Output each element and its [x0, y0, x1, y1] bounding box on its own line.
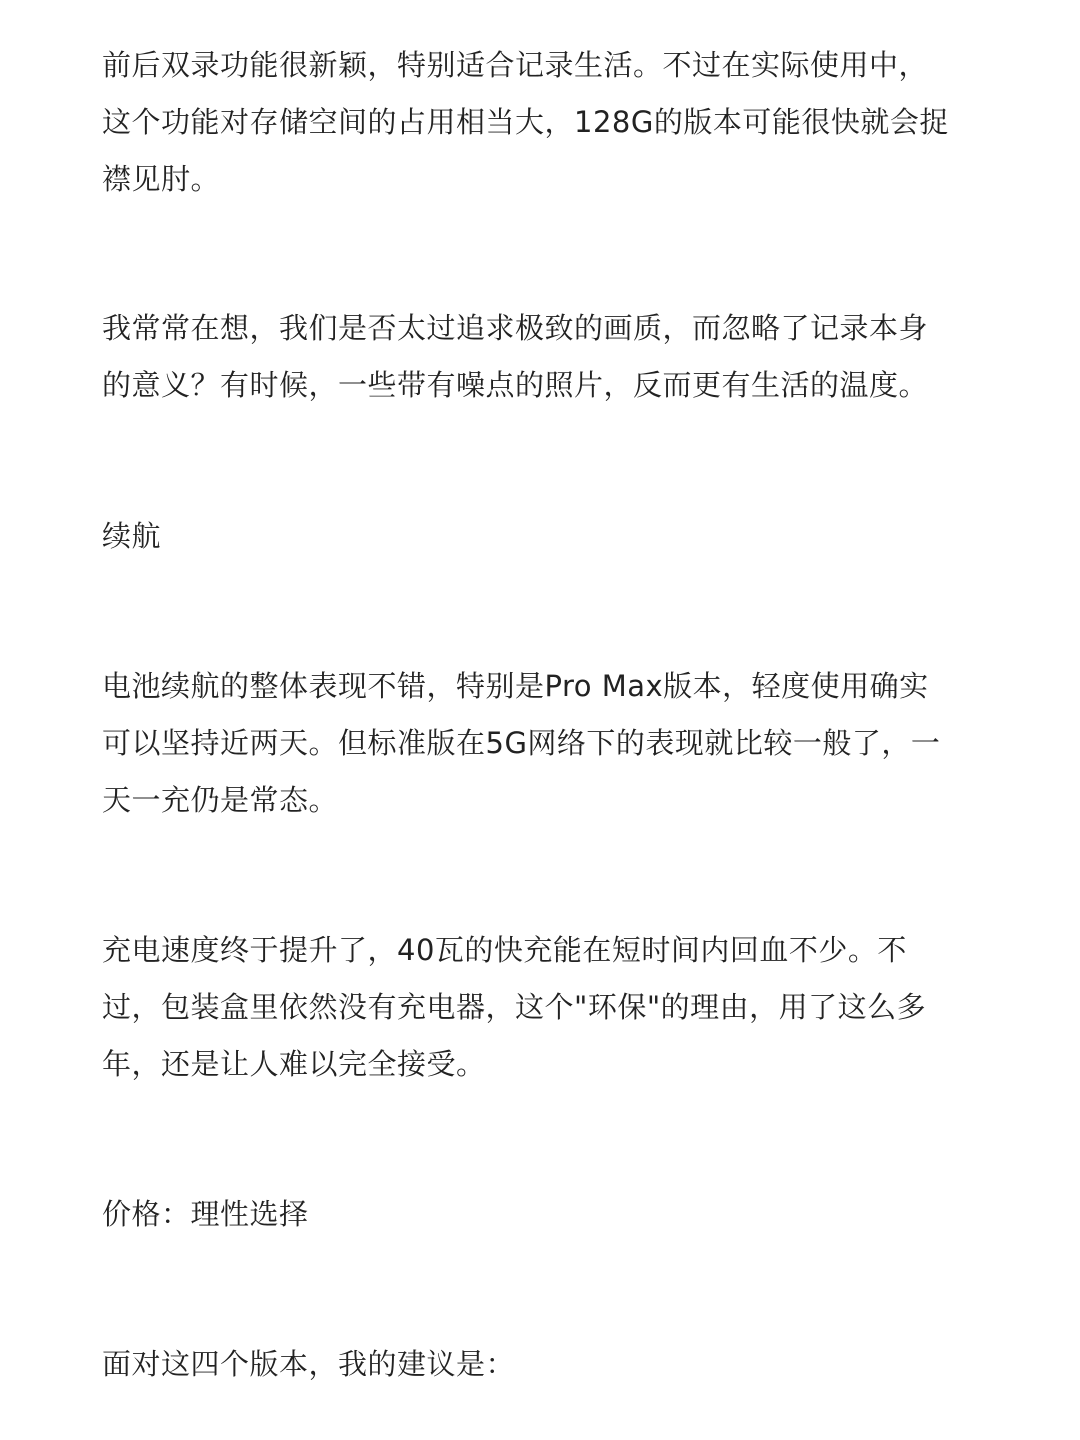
text-line: 前后双录功能很新颖，特别适合记录生活。不过在实际使用中， — [102, 37, 982, 94]
paragraph-battery-life: 电池续航的整体表现不错，特别是Pro Max版本，轻度使用确实 可以坚持近两天。… — [102, 658, 982, 829]
heading-text: 价格：理性选择 — [102, 1186, 982, 1243]
section-heading-price: 价格：理性选择 — [102, 1186, 982, 1243]
text-line: 过，包装盒里依然没有充电器，这个"环保"的理由，用了这么多 — [102, 979, 982, 1036]
text-line: 面对这四个版本，我的建议是： — [102, 1336, 982, 1393]
text-line: 襟见肘。 — [102, 151, 982, 208]
text-line: 年，还是让人难以完全接受。 — [102, 1036, 982, 1093]
section-heading-battery: 续航 — [102, 508, 982, 565]
text-line: 我常常在想，我们是否太过追求极致的画质，而忽略了记录本身 — [102, 300, 982, 357]
paragraph-reflection: 我常常在想，我们是否太过追求极致的画质，而忽略了记录本身 的意义？有时候，一些带… — [102, 300, 982, 414]
text-line: 这个功能对存储空间的占用相当大，128G的版本可能很快就会捉 — [102, 94, 982, 151]
heading-text: 续航 — [102, 508, 982, 565]
text-line: 电池续航的整体表现不错，特别是Pro Max版本，轻度使用确实 — [102, 658, 982, 715]
paragraph-dual-recording: 前后双录功能很新颖，特别适合记录生活。不过在实际使用中， 这个功能对存储空间的占… — [102, 37, 982, 208]
text-line: 可以坚持近两天。但标准版在5G网络下的表现就比较一般了，一 — [102, 715, 982, 772]
text-line: 的意义？有时候，一些带有噪点的照片，反而更有生活的温度。 — [102, 357, 982, 414]
paragraph-recommendation-intro: 面对这四个版本，我的建议是： — [102, 1336, 982, 1393]
paragraph-charging: 充电速度终于提升了，40瓦的快充能在短时间内回血不少。不 过，包装盒里依然没有充… — [102, 922, 982, 1093]
text-line: 天一充仍是常态。 — [102, 772, 982, 829]
text-line: 充电速度终于提升了，40瓦的快充能在短时间内回血不少。不 — [102, 922, 982, 979]
